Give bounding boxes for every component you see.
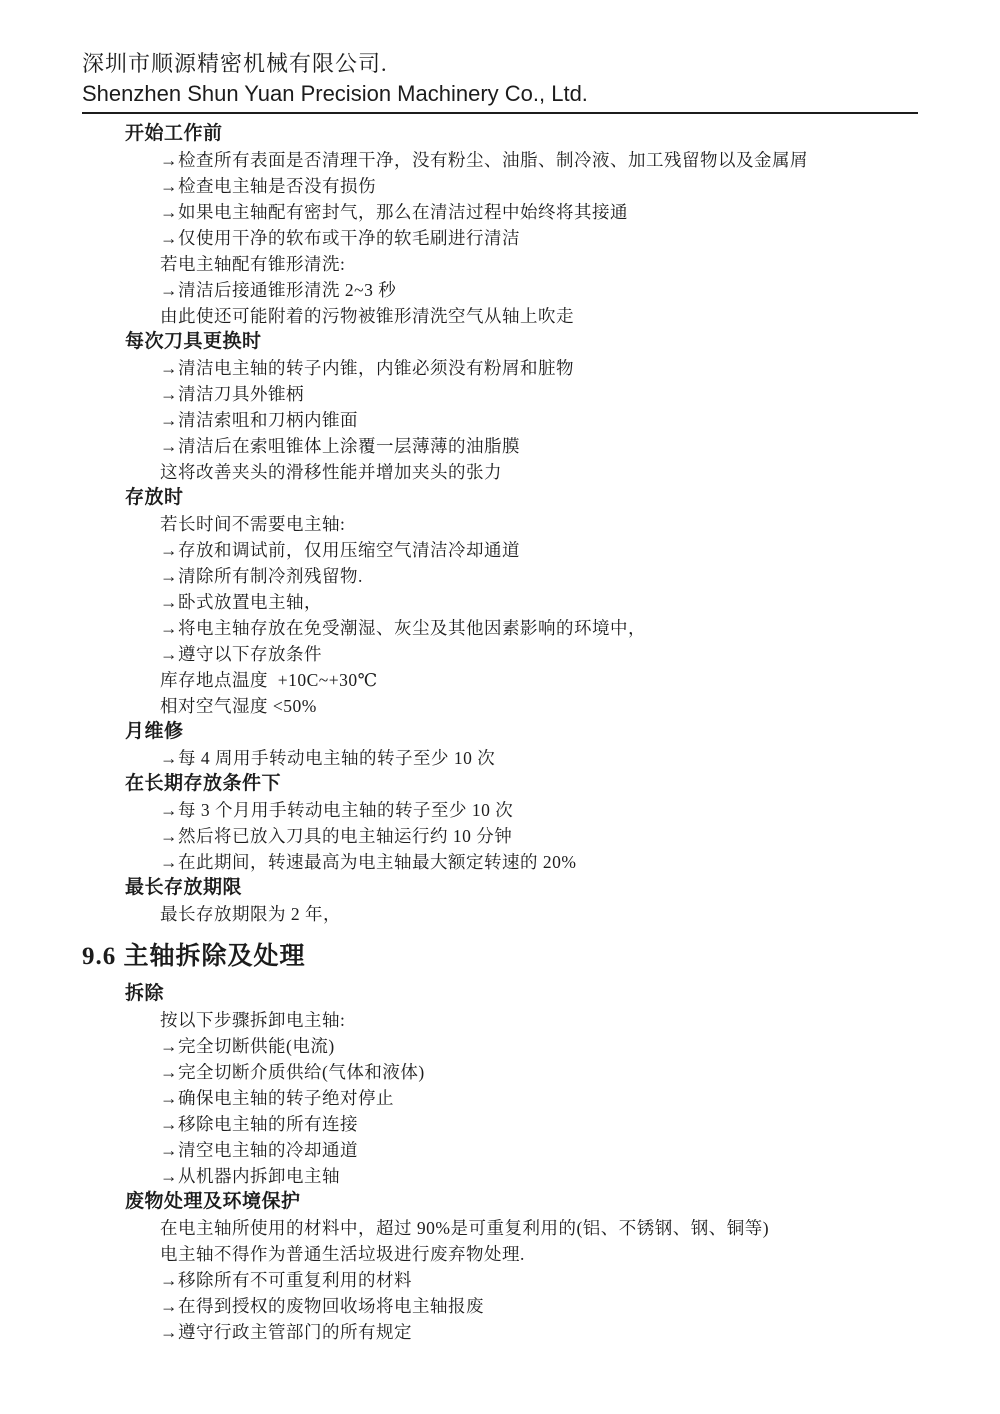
instruction-line: →完全切断供能(电流) (160, 1033, 1000, 1059)
instruction-line: →如果电主轴配有密封气，那么在清洁过程中始终将其接通 (160, 199, 1000, 225)
instruction-line: 这将改善夹头的滑移性能并增加夹头的张力 (160, 459, 1000, 485)
company-name-en: Shenzhen Shun Yuan Precision Machinery C… (82, 79, 918, 109)
instruction-line: →在此期间，转速最高为电主轴最大额定转速的 20% (160, 849, 1000, 875)
instruction-line: →完全切断介质供给(气体和液体) (160, 1059, 1000, 1085)
chapter-title: 9.6 主轴拆除及处理 (82, 940, 1000, 974)
instruction-line: →存放和调试前，仅用压缩空气清洁冷却通道 (160, 537, 1000, 563)
document-body: 开始工作前→检查所有表面是否清理干净，没有粉尘、油脂、制冷液、加工残留物以及金属… (0, 121, 1000, 1345)
instruction-line: →从机器内拆卸电主轴 (160, 1163, 1000, 1189)
instruction-line: →清洁后接通锥形清洗 2~3 秒 (160, 277, 1000, 303)
instruction-line: →检查电主轴是否没有损伤 (160, 173, 1000, 199)
instruction-line: →检查所有表面是否清理干净，没有粉尘、油脂、制冷液、加工残留物以及金属屑 (160, 147, 1000, 173)
instruction-line: 电主轴不得作为普通生活垃圾进行废弃物处理. (160, 1241, 1000, 1267)
instruction-line: →仅使用干净的软布或干净的软毛刷进行清洁 (160, 225, 1000, 251)
document-page: 深圳市顺源精密机械有限公司. Shenzhen Shun Yuan Precis… (0, 0, 1000, 1414)
instruction-line: →清空电主轴的冷却通道 (160, 1137, 1000, 1163)
section-heading: 在长期存放条件下 (125, 771, 1000, 797)
section-heading: 月维修 (125, 719, 1000, 745)
instruction-line: →移除电主轴的所有连接 (160, 1111, 1000, 1137)
section-heading: 开始工作前 (125, 121, 1000, 147)
instruction-line: 在电主轴所使用的材料中，超过 90%是可重复利用的(铝、不锈钢、钢、铜等) (160, 1215, 1000, 1241)
page-header: 深圳市顺源精密机械有限公司. Shenzhen Shun Yuan Precis… (82, 48, 918, 114)
removal-disposal-sections: 拆除按以下步骤拆卸电主轴:→完全切断供能(电流)→完全切断介质供给(气体和液体)… (0, 981, 1000, 1345)
instruction-line: →清洁电主轴的转子内锥，内锥必须没有粉屑和脏物 (160, 355, 1000, 381)
instruction-line: →将电主轴存放在免受潮湿、灰尘及其他因素影响的环境中， (160, 615, 1000, 641)
section-heading: 存放时 (125, 485, 1000, 511)
instruction-line: 按以下步骤拆卸电主轴: (160, 1007, 1000, 1033)
instruction-line: →遵守以下存放条件 (160, 641, 1000, 667)
instruction-line: 相对空气湿度 <50% (160, 693, 1000, 719)
instruction-line: →然后将已放入刀具的电主轴运行约 10 分钟 (160, 823, 1000, 849)
instruction-line: →清除所有制冷剂残留物. (160, 563, 1000, 589)
instruction-line: →在得到授权的废物回收场将电主轴报废 (160, 1293, 1000, 1319)
section-heading: 废物处理及环境保护 (125, 1189, 1000, 1215)
instruction-line: →清洁后在索咀锥体上涂覆一层薄薄的油脂膜 (160, 433, 1000, 459)
instruction-line: →清洁刀具外锥柄 (160, 381, 1000, 407)
section-heading: 每次刀具更换时 (125, 329, 1000, 355)
instruction-line: →卧式放置电主轴， (160, 589, 1000, 615)
instruction-line: →遵守行政主管部门的所有规定 (160, 1319, 1000, 1345)
instruction-line: 若长时间不需要电主轴: (160, 511, 1000, 537)
instruction-line: →每 3 个月用手转动电主轴的转子至少 10 次 (160, 797, 1000, 823)
instruction-line: →清洁索咀和刀柄内锥面 (160, 407, 1000, 433)
maintenance-sections: 开始工作前→检查所有表面是否清理干净，没有粉尘、油脂、制冷液、加工残留物以及金属… (0, 121, 1000, 927)
section-heading: 最长存放期限 (125, 875, 1000, 901)
instruction-line: 由此使还可能附着的污物被锥形清洗空气从轴上吹走 (160, 303, 1000, 329)
instruction-line: →每 4 周用手转动电主轴的转子至少 10 次 (160, 745, 1000, 771)
instruction-line: 最长存放期限为 2 年， (160, 901, 1000, 927)
instruction-line: 库存地点温度 +10C~+30℃ (160, 667, 1000, 693)
company-name-cn: 深圳市顺源精密机械有限公司. (82, 48, 918, 79)
section-heading: 拆除 (125, 981, 1000, 1007)
instruction-line: 若电主轴配有锥形清洗: (160, 251, 1000, 277)
instruction-line: →移除所有不可重复利用的材料 (160, 1267, 1000, 1293)
instruction-line: →确保电主轴的转子绝对停止 (160, 1085, 1000, 1111)
